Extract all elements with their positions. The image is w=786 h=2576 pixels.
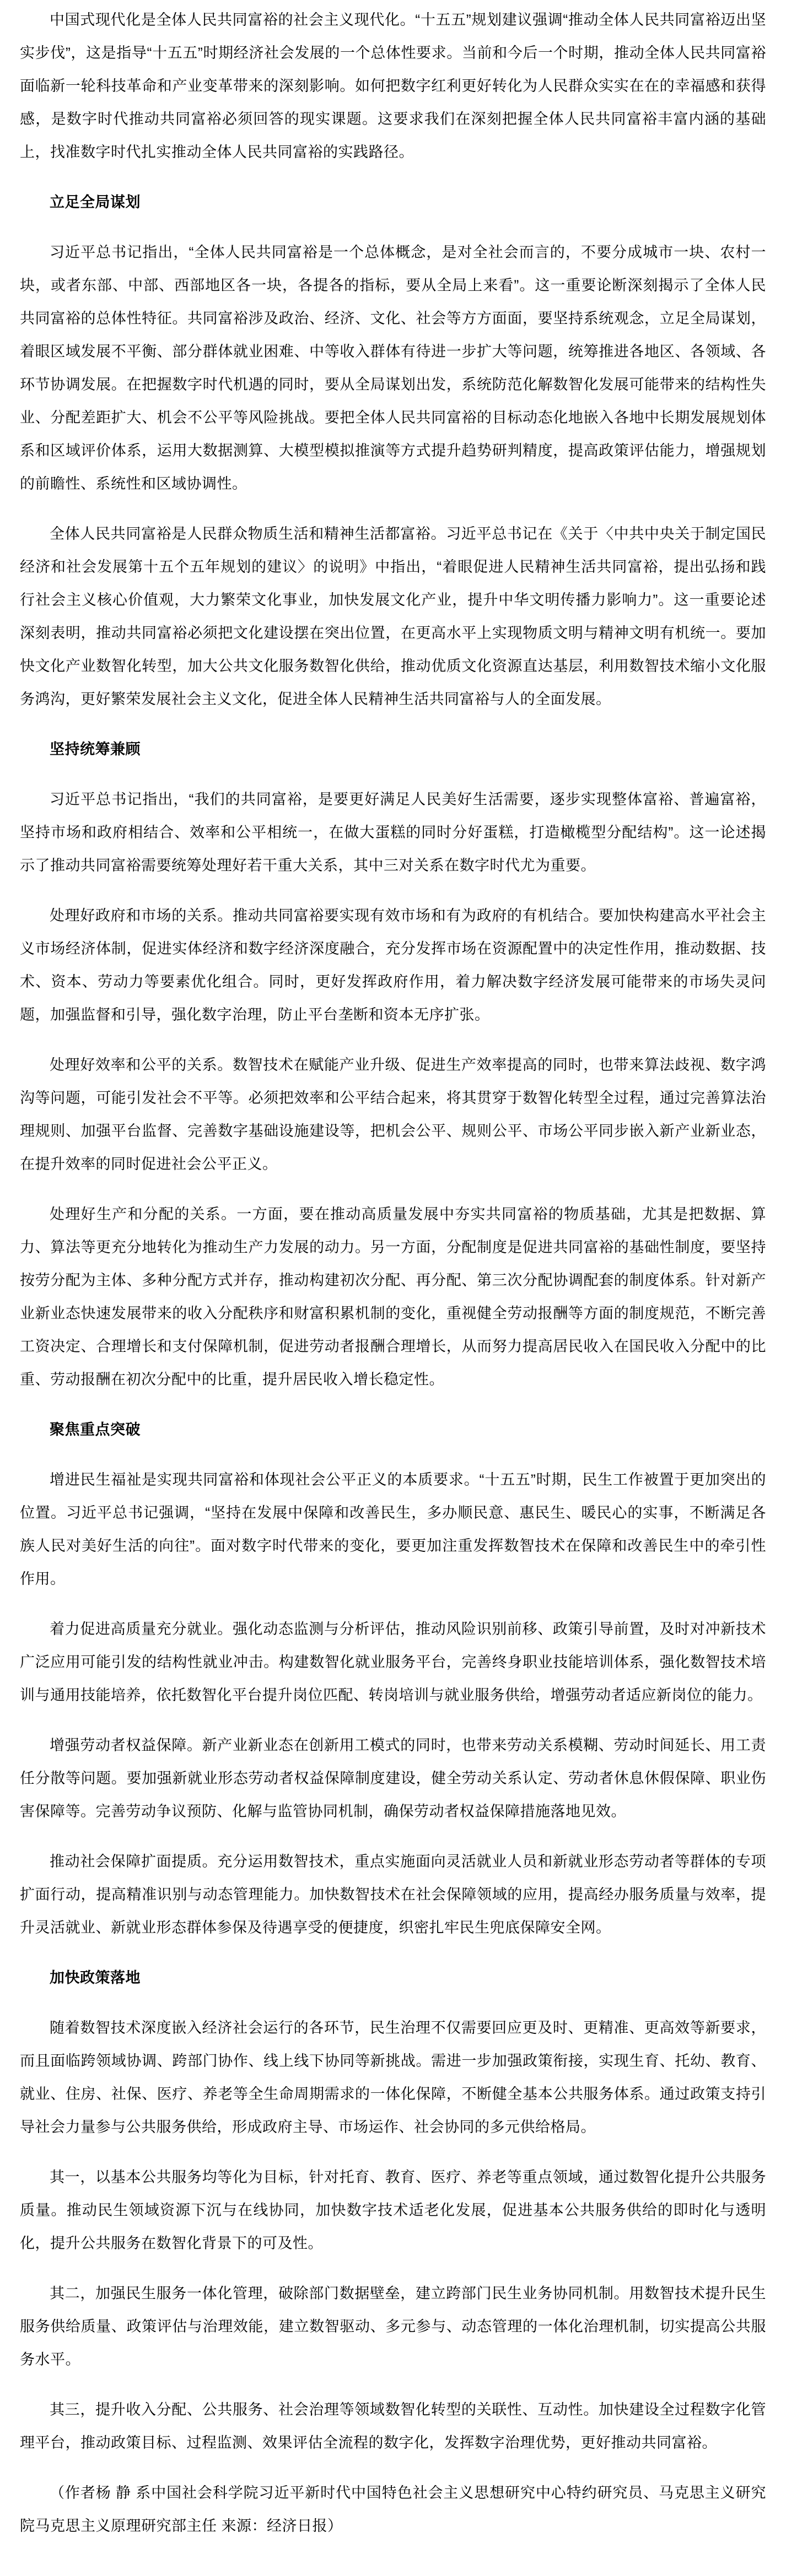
intro-paragraph: 中国式现代化是全体人民共同富裕的社会主义现代化。“十五五”规划建议强调“推动全体… <box>20 3 766 169</box>
body-paragraph: 增进民生福祉是实现共同富裕和体现社会公平正义的本质要求。“十五五”时期，民生工作… <box>20 1463 766 1595</box>
body-paragraph: 其一，以基本公共服务均等化为目标，针对托育、教育、医疗、养老等重点领域，通过数智… <box>20 2161 766 2260</box>
author-note: （作者杨 静 系中国社会科学院习近平新时代中国特色社会主义思想研究中心特约研究员… <box>20 2476 766 2542</box>
body-paragraph: 习近平总书记指出，“全体人民共同富裕是一个总体概念，是对全社会而言的，不要分成城… <box>20 236 766 500</box>
body-paragraph: 随着数智技术深度嵌入经济社会运行的各环节，民生治理不仅需要回应更及时、更精准、更… <box>20 2011 766 2144</box>
section-heading-2: 坚持统筹兼顾 <box>20 733 766 766</box>
section-heading-1: 立足全局谋划 <box>20 186 766 219</box>
section-heading-3: 聚焦重点突破 <box>20 1413 766 1446</box>
article: 中国式现代化是全体人民共同富裕的社会主义现代化。“十五五”规划建议强调“推动全体… <box>0 3 786 2576</box>
body-paragraph: 推动社会保障扩面提质。充分运用数智技术，重点实施面向灵活就业人员和新就业形态劳动… <box>20 1845 766 1944</box>
body-paragraph: 其三，提升收入分配、公共服务、社会治理等领域数智化转型的关联性、互动性。加快建设… <box>20 2393 766 2459</box>
body-paragraph: 处理好效率和公平的关系。数智技术在赋能产业升级、促进生产效率提高的同时，也带来算… <box>20 1048 766 1181</box>
section-heading-4: 加快政策落地 <box>20 1961 766 1994</box>
body-paragraph: 增强劳动者权益保障。新产业新业态在创新用工模式的同时，也带来劳动关系模糊、劳动时… <box>20 1729 766 1828</box>
body-paragraph: 其二，加强民生服务一体化管理，破除部门数据壁垒，建立跨部门民生业务协同机制。用数… <box>20 2277 766 2376</box>
body-paragraph: 习近平总书记指出，“我们的共同富裕，是要更好满足人民美好生活需要，逐步实现整体富… <box>20 783 766 882</box>
body-paragraph: 着力促进高质量充分就业。强化动态监测与分析评估，推动风险识别前移、政策引导前置，… <box>20 1612 766 1712</box>
body-paragraph: 处理好政府和市场的关系。推动共同富裕要实现有效市场和有为政府的有机结合。要加快构… <box>20 899 766 1031</box>
body-paragraph: 全体人民共同富裕是人民群众物质生活和精神生活都富裕。习近平总书记在《关于〈中共中… <box>20 517 766 716</box>
body-paragraph: 处理好生产和分配的关系。一方面，要在推动高质量发展中夯实共同富裕的物质基础，尤其… <box>20 1198 766 1396</box>
